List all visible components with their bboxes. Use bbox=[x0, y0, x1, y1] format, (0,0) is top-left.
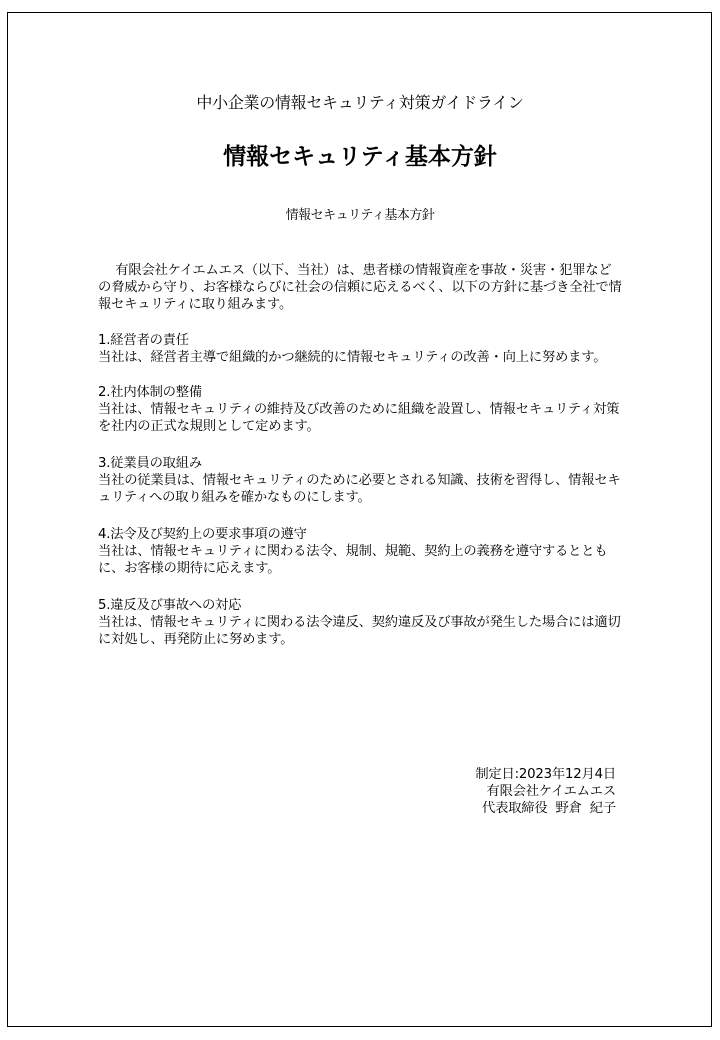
section-heading: 4.法令及び契約上の要求事項の遵守 bbox=[98, 526, 624, 543]
policy-section-5: 5.違反及び事故への対応 当社は、情報セキュリティに関わる法令違反、契約違反及び… bbox=[98, 597, 624, 648]
page-title: 情報セキュリティ基本方針 bbox=[0, 142, 720, 172]
section-content: 当社は、情報セキュリティの維持及び改善のために組織を設置し、情報セキュリティ対策… bbox=[98, 401, 624, 435]
representative-name: 代表取締役 野倉 紀子 bbox=[475, 800, 616, 817]
section-heading: 5.違反及び事故への対応 bbox=[98, 597, 624, 614]
policy-section-2: 2.社内体制の整備 当社は、情報セキュリティの維持及び改善のために組織を設置し、… bbox=[98, 384, 624, 435]
section-content: 当社は、情報セキュリティに関わる法令、規制、規範、契約上の義務を遵守するとともに… bbox=[98, 543, 624, 577]
section-heading: 3.従業員の取組み bbox=[98, 455, 624, 472]
section-heading: 2.社内体制の整備 bbox=[98, 384, 624, 401]
section-heading: 1.経営者の責任 bbox=[98, 332, 624, 349]
section-content: 当社は、情報セキュリティに関わる法令違反、契約違反及び事故が発生した場合には適切… bbox=[98, 614, 624, 648]
guideline-title: 中小企業の情報セキュリティ対策ガイドライン bbox=[0, 93, 720, 113]
enactment-date: 制定日:2023年12月4日 bbox=[475, 766, 616, 783]
policy-section-1: 1.経営者の責任 当社は、経営者主導で組織的かつ継続的に情報セキュリティの改善・… bbox=[98, 332, 624, 366]
section-content: 当社は、経営者主導で組織的かつ継続的に情報セキュリティの改善・向上に努めます。 bbox=[98, 349, 624, 366]
section-content: 当社の従業員は、情報セキュリティのために必要とされる知識、技術を習得し、情報セキ… bbox=[98, 472, 624, 506]
sub-title: 情報セキュリティ基本方針 bbox=[0, 207, 720, 225]
policy-section-3: 3.従業員の取組み 当社の従業員は、情報セキュリティのために必要とされる知識、技… bbox=[98, 455, 624, 506]
policy-section-4: 4.法令及び契約上の要求事項の遵守 当社は、情報セキュリティに関わる法令、規制、… bbox=[98, 526, 624, 577]
company-name: 有限会社ケイエムエス bbox=[475, 783, 616, 800]
signature-block: 制定日:2023年12月4日 有限会社ケイエムエス 代表取締役 野倉 紀子 bbox=[475, 766, 616, 817]
intro-paragraph: 有限会社ケイエムエス（以下、当社）は、患者様の情報資産を事故・災害・犯罪などの脅… bbox=[98, 262, 624, 313]
